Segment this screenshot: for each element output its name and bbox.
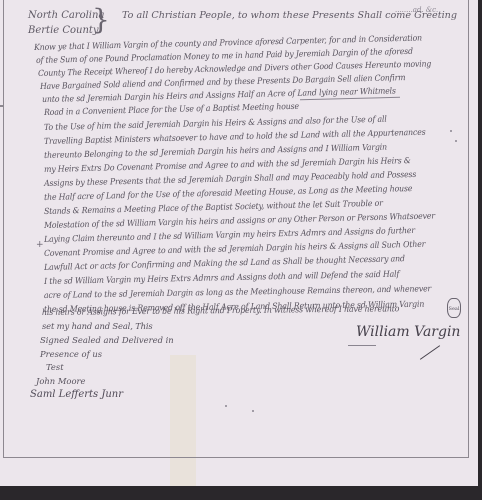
deed-text: North Carolina Bertie County } To all Ch…: [0, 0, 478, 486]
deed-line: acre of Land to the sd Jeremiah Dargin a…: [44, 283, 431, 300]
margin-mark: +: [36, 240, 44, 250]
attestation-line: Presence of us: [40, 349, 102, 359]
seal-icon: Seal: [447, 298, 461, 318]
signature-flourish: [420, 345, 440, 360]
signature-underline: [348, 345, 376, 346]
paper-speck: [225, 405, 227, 407]
corner-note: ........ad. &c.: [395, 6, 438, 14]
deed-line: Road in a Convenient Place for the Use o…: [44, 101, 299, 117]
grantor-signature: William Vargin: [356, 324, 460, 340]
document-sheet: North Carolina Bertie County } To all Ch…: [0, 0, 478, 486]
deed-line: set my hand and Seal, This: [42, 321, 153, 331]
witness-label: Test: [46, 362, 64, 372]
witness-name: John Moore: [36, 376, 85, 386]
witness-name: Saml Lefferts Junr: [30, 389, 123, 400]
deed-line: I the sd William Vargin my Heirs Extrs A…: [44, 269, 399, 286]
paper-speck: [450, 130, 452, 132]
paper-speck: [455, 140, 457, 142]
paper-speck: [252, 410, 254, 412]
attestation-line: Signed Sealed and Delivered in: [40, 335, 174, 345]
brace-icon: }: [92, 6, 110, 34]
